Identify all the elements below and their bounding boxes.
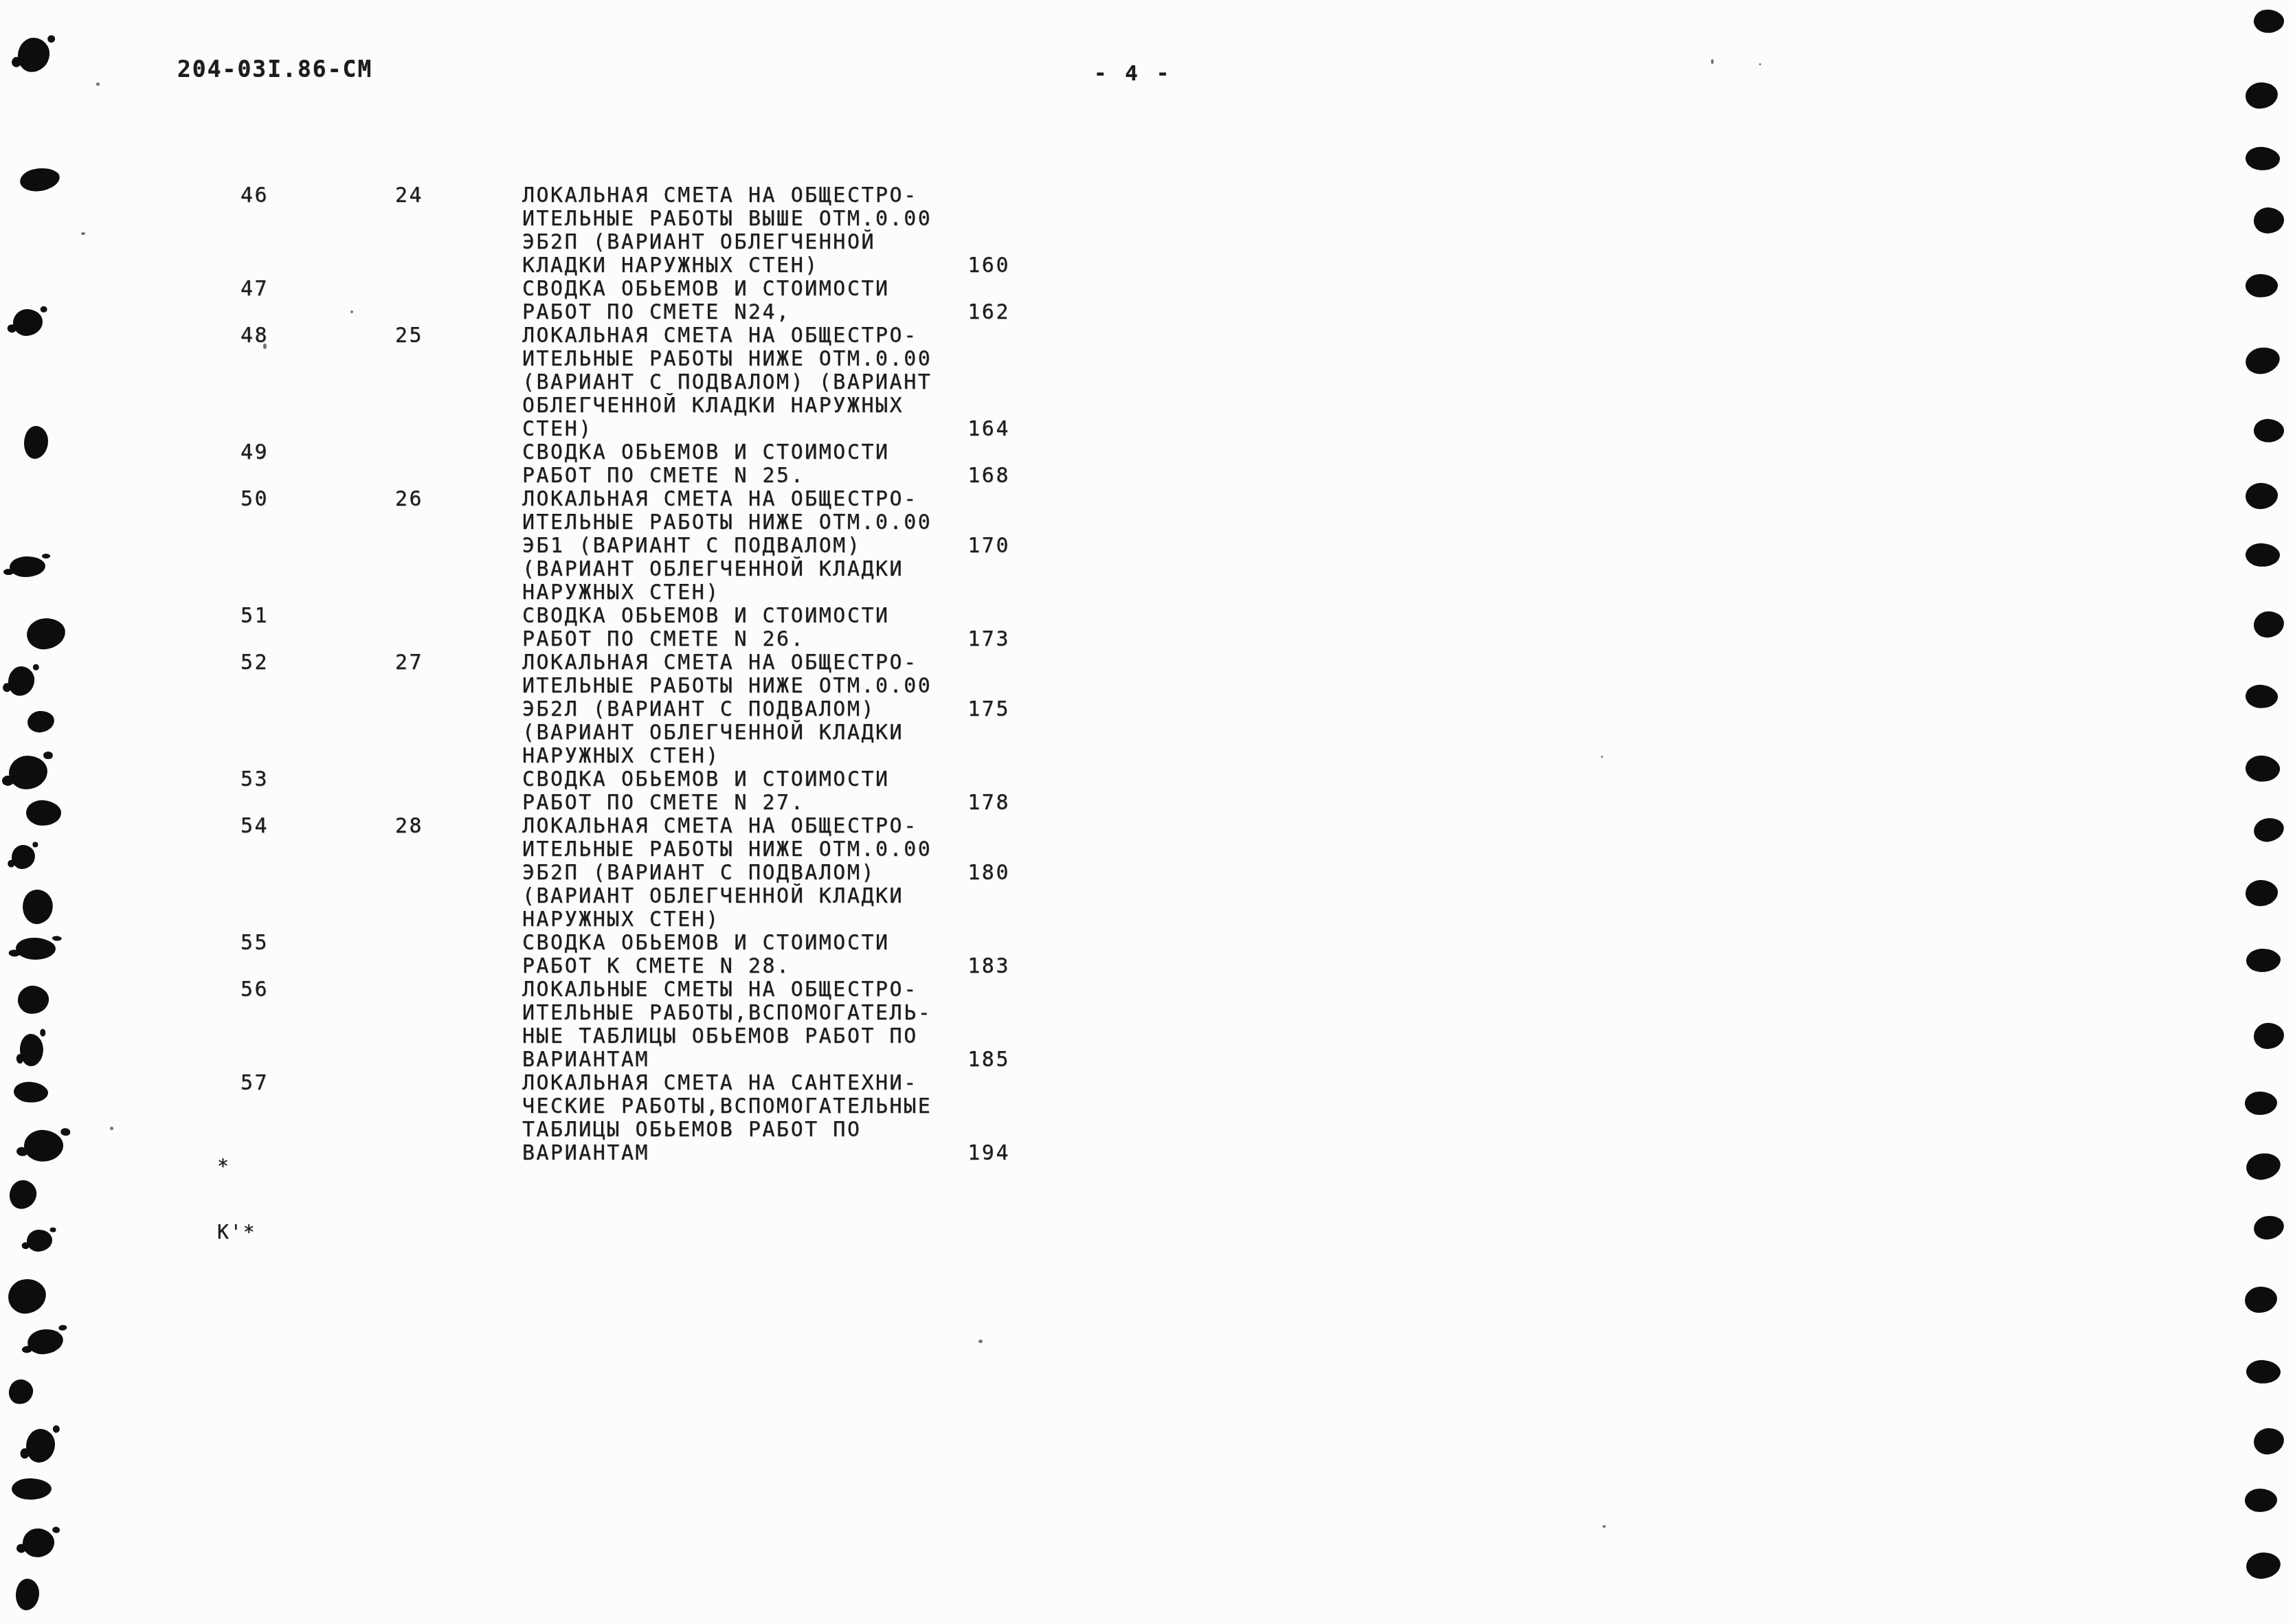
entry-lines: СВОДКА ОБЬЕМОВ И СТОИМОСТИРАБОТ ПО СМЕТЕ… xyxy=(522,768,1010,815)
entry-line: ВАРИАНТАМ185 xyxy=(522,1048,1010,1072)
entry-line: СВОДКА ОБЬЕМОВ И СТОИМОСТИ xyxy=(522,605,1010,628)
punch-hole-ink-blob xyxy=(11,1478,52,1500)
entry-text: РАБОТ К СМЕТЕ N 28. xyxy=(522,955,791,978)
punch-hole-ink-blob xyxy=(12,308,43,336)
punch-hole-ink-blob xyxy=(2246,1551,2282,1579)
entry-line: СВОДКА ОБЬЕМОВ И СТОИМОСТИ xyxy=(522,441,1010,464)
entry-line: РАБОТ ПО СМЕТЕ N24,162 xyxy=(522,301,1010,324)
entry-number: 57 xyxy=(240,1072,395,1095)
punch-hole-ink-blob xyxy=(2253,207,2285,235)
punch-hole-ink-blob xyxy=(2245,879,2278,907)
entry-line: ЛОКАЛЬНЫЕ СМЕТЫ НА ОБЩЕСТРО- xyxy=(522,978,1010,1002)
scan-speck xyxy=(81,232,85,235)
entry-lines: ЛОКАЛЬНАЯ СМЕТА НА ОБЩЕСТРО-ИТЕЛЬНЫЕ РАБ… xyxy=(522,324,1010,441)
punch-hole-ink-blob xyxy=(2244,1286,2277,1313)
scan-speck xyxy=(1711,59,1714,64)
punch-hole-ink-blob xyxy=(16,984,50,1016)
punch-hole-ink-blob xyxy=(2245,482,2278,510)
punch-hole-ink-blob xyxy=(16,36,51,74)
punch-hole-ink-blob xyxy=(2244,145,2281,172)
entry-text: ЧЕСКИЕ РАБОТЫ,ВСПОМОГАТЕЛЬНЫЕ xyxy=(522,1095,932,1118)
entry-lines: СВОДКА ОБЬЕМОВ И СТОИМОСТИРАБОТ ПО СМЕТЕ… xyxy=(522,278,1010,324)
toc-row: 49СВОДКА ОБЬЕМОВ И СТОИМОСТИРАБОТ ПО СМЕ… xyxy=(240,441,1010,488)
toc-row: 4624ЛОКАЛЬНАЯ СМЕТА НА ОБЩЕСТРО-ИТЕЛЬНЫЕ… xyxy=(240,184,1010,278)
entry-line: НАРУЖНЫХ СТЕН) xyxy=(522,581,1010,605)
entry-text: НАРУЖНЫХ СТЕН) xyxy=(522,745,720,768)
entry-line: РАБОТ ПО СМЕТЕ N 26.173 xyxy=(522,628,1010,651)
page-ref: 162 xyxy=(967,301,1010,324)
footer-mark-asterisk: * xyxy=(217,1155,269,1177)
entry-text: РАБОТ ПО СМЕТЕ N 25. xyxy=(522,464,805,488)
entry-text: ИТЕЛЬНЫЕ РАБОТЫ НИЖЕ ОТМ.0.00 xyxy=(522,348,932,371)
page-ref: 185 xyxy=(967,1048,1010,1072)
entry-text: СВОДКА ОБЬЕМОВ И СТОИМОСТИ xyxy=(522,605,890,628)
entry-line: ЭБ1 (ВАРИАНТ С ПОДВАЛОМ)170 xyxy=(522,534,1010,558)
entry-line: СВОДКА ОБЬЕМОВ И СТОИМОСТИ xyxy=(522,768,1010,791)
page-ref: 194 xyxy=(967,1142,1010,1165)
toc-table: 4624ЛОКАЛЬНАЯ СМЕТА НА ОБЩЕСТРО-ИТЕЛЬНЫЕ… xyxy=(240,137,1010,1212)
punch-hole-ink-blob xyxy=(23,1128,65,1164)
punch-hole-ink-blob xyxy=(2253,8,2285,34)
scan-speck xyxy=(1602,1525,1606,1528)
punch-hole-ink-blob xyxy=(2253,1428,2285,1456)
entry-line: ВАРИАНТАМ194 xyxy=(522,1142,1010,1165)
entry-text: СВОДКА ОБЬЕМОВ И СТОИМОСТИ xyxy=(522,278,890,301)
page-ref: 175 xyxy=(967,698,1010,721)
toc-row: 55СВОДКА ОБЬЕМОВ И СТОИМОСТИРАБОТ К СМЕТ… xyxy=(240,932,1010,978)
entry-line: ИТЕЛЬНЫЕ РАБОТЫ ВЫШЕ ОТМ.0.00 xyxy=(522,207,1010,231)
entry-line: (ВАРИАНТ С ПОДВАЛОМ) (ВАРИАНТ xyxy=(522,371,1010,394)
toc-rows: 4624ЛОКАЛЬНАЯ СМЕТА НА ОБЩЕСТРО-ИТЕЛЬНЫЕ… xyxy=(240,184,1010,1165)
punch-hole-ink-blob xyxy=(8,1378,34,1406)
entry-lines: ЛОКАЛЬНАЯ СМЕТА НА ОБЩЕСТРО-ИТЕЛЬНЫЕ РАБ… xyxy=(522,184,1010,278)
entry-number: 53 xyxy=(240,768,395,791)
punch-hole-ink-blob xyxy=(19,166,60,193)
entry-text: ЛОКАЛЬНАЯ СМЕТА НА ОБЩЕСТРО- xyxy=(522,324,918,348)
punch-hole-ink-blob xyxy=(2253,611,2285,638)
punch-hole-ink-blob xyxy=(2252,418,2285,444)
page-ref: 160 xyxy=(967,254,1010,278)
punch-hole-ink-blob xyxy=(10,556,45,577)
smeta-number: 28 xyxy=(395,815,522,838)
entry-line: (ВАРИАНТ ОБЛЕГЧЕННОЙ КЛАДКИ xyxy=(522,721,1010,745)
entry-line: НАРУЖНЫХ СТЕН) xyxy=(522,908,1010,932)
punch-hole-ink-blob xyxy=(21,1527,56,1559)
punch-hole-ink-blob xyxy=(11,844,35,869)
punch-hole-ink-blob xyxy=(2252,816,2285,844)
entry-text: СВОДКА ОБЬЕМОВ И СТОИМОСТИ xyxy=(522,932,890,955)
scan-speck xyxy=(978,1340,983,1343)
entry-line: РАБОТ К СМЕТЕ N 28.183 xyxy=(522,955,1010,978)
entry-line: КЛАДКИ НАРУЖНЫХ СТЕН)160 xyxy=(522,254,1010,278)
entry-text: ЭБ2П (ВАРИАНТ С ПОДВАЛОМ) xyxy=(522,861,875,885)
page-ref: 168 xyxy=(967,464,1010,488)
punch-hole-ink-blob xyxy=(2244,754,2282,785)
entry-text: (ВАРИАНТ ОБЛЕГЧЕННОЙ КЛАДКИ xyxy=(522,558,904,581)
entry-number: 50 xyxy=(240,488,395,511)
entry-number: 49 xyxy=(240,441,395,464)
entry-text: СТЕН) xyxy=(522,418,593,441)
scan-speck xyxy=(1759,63,1761,65)
smeta-number: 27 xyxy=(395,651,522,675)
entry-text: РАБОТ ПО СМЕТЕ N 26. xyxy=(522,628,805,651)
document-number: 204-03I.86-СМ xyxy=(177,58,372,81)
punch-hole-ink-blob xyxy=(25,799,62,827)
entry-text: НАРУЖНЫХ СТЕН) xyxy=(522,908,720,932)
punch-hole-ink-blob xyxy=(16,1579,40,1611)
punch-hole-ink-blob xyxy=(2244,1091,2278,1116)
entry-line: СТЕН)164 xyxy=(522,418,1010,441)
entry-number: 51 xyxy=(240,605,395,628)
entry-text: ИТЕЛЬНЫЕ РАБОТЫ,ВСПОМОГАТЕЛЬ- xyxy=(522,1002,932,1025)
scan-speck xyxy=(350,311,353,313)
entry-line: НАРУЖНЫХ СТЕН) xyxy=(522,745,1010,768)
entry-text: ЭБ2П (ВАРИАНТ ОБЛЕГЧЕННОЙ xyxy=(522,231,875,254)
entry-number: 52 xyxy=(240,651,395,675)
entry-text: ЛОКАЛЬНАЯ СМЕТА НА ОБЩЕСТРО- xyxy=(522,488,918,511)
entry-text: КЛАДКИ НАРУЖНЫХ СТЕН) xyxy=(522,254,819,278)
entry-lines: СВОДКА ОБЬЕМОВ И СТОИМОСТИРАБОТ К СМЕТЕ … xyxy=(522,932,1010,978)
scanned-document-page: 204-03I.86-СМ - 4 - 4624ЛОКАЛЬНАЯ СМЕТА … xyxy=(0,0,2295,1624)
entry-text: ЛОКАЛЬНЫЕ СМЕТЫ НА ОБЩЕСТРО- xyxy=(522,978,918,1002)
entry-text: ЛОКАЛЬНАЯ СМЕТА НА ОБЩЕСТРО- xyxy=(522,815,918,838)
entry-line: ЧЕСКИЕ РАБОТЫ,ВСПОМОГАТЕЛЬНЫЕ xyxy=(522,1095,1010,1118)
entry-line: ИТЕЛЬНЫЕ РАБОТЫ НИЖЕ ОТМ.0.00 xyxy=(522,511,1010,534)
entry-lines: СВОДКА ОБЬЕМОВ И СТОИМОСТИРАБОТ ПО СМЕТЕ… xyxy=(522,605,1010,651)
toc-row: 56ЛОКАЛЬНЫЕ СМЕТЫ НА ОБЩЕСТРО-ИТЕЛЬНЫЕ Р… xyxy=(240,978,1010,1072)
entry-line: НЫЕ ТАБЛИЦЫ ОБЬЕМОВ РАБОТ ПО xyxy=(522,1025,1010,1048)
toc-row: 4825ЛОКАЛЬНАЯ СМЕТА НА ОБЩЕСТРО-ИТЕЛЬНЫЕ… xyxy=(240,324,1010,441)
entry-lines: ЛОКАЛЬНАЯ СМЕТА НА ОБЩЕСТРО-ИТЕЛЬНЫЕ РАБ… xyxy=(522,651,1010,768)
entry-number: 54 xyxy=(240,815,395,838)
entry-text: ЭБ2Л (ВАРИАНТ С ПОДВАЛОМ) xyxy=(522,698,875,721)
entry-line: ЛОКАЛЬНАЯ СМЕТА НА ОБЩЕСТРО- xyxy=(522,184,1010,207)
entry-text: ОБЛЕГЧЕННОЙ КЛАДКИ НАРУЖНЫХ xyxy=(522,394,904,418)
page-ref: 183 xyxy=(967,955,1010,978)
toc-row: 53СВОДКА ОБЬЕМОВ И СТОИМОСТИРАБОТ ПО СМЕ… xyxy=(240,768,1010,815)
punch-hole-ink-blob xyxy=(27,1328,65,1355)
punch-hole-ink-blob xyxy=(2245,273,2279,298)
toc-row: 57ЛОКАЛЬНАЯ СМЕТА НА САНТЕХНИ-ЧЕСКИЕ РАБ… xyxy=(240,1072,1010,1165)
entry-text: ИТЕЛЬНЫЕ РАБОТЫ ВЫШЕ ОТМ.0.00 xyxy=(522,207,932,231)
punch-hole-ink-blob xyxy=(15,937,56,961)
entry-line: ЛОКАЛЬНАЯ СМЕТА НА ОБЩЕСТРО- xyxy=(522,651,1010,675)
entry-text: ЛОКАЛЬНАЯ СМЕТА НА САНТЕХНИ- xyxy=(522,1072,918,1095)
entry-number: 56 xyxy=(240,978,395,1002)
entry-text: СВОДКА ОБЬЕМОВ И СТОИМОСТИ xyxy=(522,441,890,464)
entry-line: СВОДКА ОБЬЕМОВ И СТОИМОСТИ xyxy=(522,278,1010,301)
entry-text: РАБОТ ПО СМЕТЕ N24, xyxy=(522,301,791,324)
entry-line: ИТЕЛЬНЫЕ РАБОТЫ,ВСПОМОГАТЕЛЬ- xyxy=(522,1002,1010,1025)
toc-row: 5428ЛОКАЛЬНАЯ СМЕТА НА ОБЩЕСТРО-ИТЕЛЬНЫЕ… xyxy=(240,815,1010,932)
smeta-number: 26 xyxy=(395,488,522,511)
entry-line: ЭБ2П (ВАРИАНТ ОБЛЕГЧЕННОЙ xyxy=(522,231,1010,254)
entry-line: ОБЛЕГЧЕННОЙ КЛАДКИ НАРУЖНЫХ xyxy=(522,394,1010,418)
punch-hole-ink-blob xyxy=(2244,683,2279,710)
entry-text: ЛОКАЛЬНАЯ СМЕТА НА ОБЩЕСТРО- xyxy=(522,184,918,207)
entry-line: (ВАРИАНТ ОБЛЕГЧЕННОЙ КЛАДКИ xyxy=(522,558,1010,581)
entry-line: ЭБ2П (ВАРИАНТ С ПОДВАЛОМ)180 xyxy=(522,861,1010,885)
footer-mark-k: К'* xyxy=(217,1221,269,1243)
entry-line: ЛОКАЛЬНАЯ СМЕТА НА ОБЩЕСТРО- xyxy=(522,488,1010,511)
entry-text: ИТЕЛЬНЫЕ РАБОТЫ НИЖЕ ОТМ.0.00 xyxy=(522,838,932,861)
page-number: - 4 - xyxy=(1094,62,1172,85)
entry-number: 46 xyxy=(240,184,395,207)
punch-hole-ink-blob xyxy=(2244,346,2282,376)
entry-text: (ВАРИАНТ С ПОДВАЛОМ) (ВАРИАНТ xyxy=(522,371,932,394)
entry-line: РАБОТ ПО СМЕТЕ N 25.168 xyxy=(522,464,1010,488)
entry-lines: ЛОКАЛЬНАЯ СМЕТА НА ОБЩЕСТРО-ИТЕЛЬНЫЕ РАБ… xyxy=(522,815,1010,932)
entry-lines: СВОДКА ОБЬЕМОВ И СТОИМОСТИРАБОТ ПО СМЕТЕ… xyxy=(522,441,1010,488)
punch-hole-ink-blob xyxy=(24,426,49,460)
entry-text: СВОДКА ОБЬЕМОВ И СТОИМОСТИ xyxy=(522,768,890,791)
scan-speck xyxy=(1601,756,1603,758)
entry-number: 47 xyxy=(240,278,395,301)
punch-hole-ink-blob xyxy=(27,710,55,734)
punch-hole-ink-blob xyxy=(2245,1151,2282,1182)
punch-hole-ink-blob xyxy=(7,665,36,697)
entry-line: ТАБЛИЦЫ ОБЬЕМОВ РАБОТ ПО xyxy=(522,1118,1010,1142)
entry-line: ИТЕЛЬНЫЕ РАБОТЫ НИЖЕ ОТМ.0.00 xyxy=(522,348,1010,371)
entry-line: ЛОКАЛЬНАЯ СМЕТА НА ОБЩЕСТРО- xyxy=(522,324,1010,348)
page-ref: 170 xyxy=(967,534,1010,558)
entry-line: ЛОКАЛЬНАЯ СМЕТА НА ОБЩЕСТРО- xyxy=(522,815,1010,838)
entry-line: ИТЕЛЬНЫЕ РАБОТЫ НИЖЕ ОТМ.0.00 xyxy=(522,675,1010,698)
punch-hole-ink-blob xyxy=(2252,1214,2285,1241)
entry-text: НАРУЖНЫХ СТЕН) xyxy=(522,581,720,605)
entry-line: ЭБ2Л (ВАРИАНТ С ПОДВАЛОМ)175 xyxy=(522,698,1010,721)
page-ref: 173 xyxy=(967,628,1010,651)
toc-row: 5227ЛОКАЛЬНАЯ СМЕТА НА ОБЩЕСТРО-ИТЕЛЬНЫЕ… xyxy=(240,651,1010,768)
punch-hole-ink-blob xyxy=(19,1033,44,1067)
entry-line: ИТЕЛЬНЫЕ РАБОТЫ НИЖЕ ОТМ.0.00 xyxy=(522,838,1010,861)
scan-speck xyxy=(263,343,267,349)
entry-text: ВАРИАНТАМ xyxy=(522,1142,649,1165)
entry-lines: ЛОКАЛЬНАЯ СМЕТА НА САНТЕХНИ-ЧЕСКИЕ РАБОТ… xyxy=(522,1072,1010,1165)
entry-line: РАБОТ ПО СМЕТЕ N 27.178 xyxy=(522,791,1010,815)
entry-lines: ЛОКАЛЬНАЯ СМЕТА НА ОБЩЕСТРО-ИТЕЛЬНЫЕ РАБ… xyxy=(522,488,1010,605)
entry-number: 55 xyxy=(240,932,395,955)
entry-text: (ВАРИАНТ ОБЛЕГЧЕННОЙ КЛАДКИ xyxy=(522,721,904,745)
punch-hole-ink-blob xyxy=(2254,1023,2285,1050)
punch-hole-ink-blob xyxy=(21,888,55,925)
punch-hole-ink-blob xyxy=(9,756,47,789)
scan-speck xyxy=(110,1127,113,1130)
entry-text: ЭБ1 (ВАРИАНТ С ПОДВАЛОМ) xyxy=(522,534,861,558)
entry-text: ТАБЛИЦЫ ОБЬЕМОВ РАБОТ ПО xyxy=(522,1118,861,1142)
smeta-number: 24 xyxy=(395,184,522,207)
entry-text: ВАРИАНТАМ xyxy=(522,1048,649,1072)
toc-row: 5026ЛОКАЛЬНАЯ СМЕТА НА ОБЩЕСТРО-ИТЕЛЬНЫЕ… xyxy=(240,488,1010,605)
page-ref: 178 xyxy=(967,791,1010,815)
page-ref: 164 xyxy=(967,418,1010,441)
punch-hole-ink-blob xyxy=(2246,1359,2282,1385)
toc-row: 51СВОДКА ОБЬЕМОВ И СТОИМОСТИРАБОТ ПО СМЕ… xyxy=(240,605,1010,651)
punch-hole-ink-blob xyxy=(25,617,66,651)
entry-text: РАБОТ ПО СМЕТЕ N 27. xyxy=(522,791,805,815)
smeta-number: 25 xyxy=(395,324,522,348)
entry-lines: ЛОКАЛЬНЫЕ СМЕТЫ НА ОБЩЕСТРО-ИТЕЛЬНЫЕ РАБ… xyxy=(522,978,1010,1072)
entry-text: (ВАРИАНТ ОБЛЕГЧЕННОЙ КЛАДКИ xyxy=(522,885,904,908)
punch-hole-ink-blob xyxy=(2245,82,2279,109)
entry-line: (ВАРИАНТ ОБЛЕГЧЕННОЙ КЛАДКИ xyxy=(522,885,1010,908)
toc-row: 47СВОДКА ОБЬЕМОВ И СТОИМОСТИРАБОТ ПО СМЕ… xyxy=(240,278,1010,324)
page-ref: 180 xyxy=(967,861,1010,885)
entry-line: ЛОКАЛЬНАЯ СМЕТА НА САНТЕХНИ- xyxy=(522,1072,1010,1095)
entry-text: ИТЕЛЬНЫЕ РАБОТЫ НИЖЕ ОТМ.0.00 xyxy=(522,511,932,534)
punch-hole-ink-blob xyxy=(13,1080,49,1104)
entry-text: ИТЕЛЬНЫЕ РАБОТЫ НИЖЕ ОТМ.0.00 xyxy=(522,675,932,698)
scan-speck xyxy=(96,82,100,86)
entry-line: СВОДКА ОБЬЕМОВ И СТОИМОСТИ xyxy=(522,932,1010,955)
punch-hole-ink-blob xyxy=(25,1428,56,1463)
punch-hole-ink-blob xyxy=(2245,542,2281,568)
punch-hole-ink-blob xyxy=(8,1179,38,1210)
punch-hole-ink-blob xyxy=(26,1229,52,1252)
footer-marks: * К'* xyxy=(217,1112,269,1287)
punch-hole-ink-blob xyxy=(2244,1488,2278,1513)
punch-hole-ink-blob xyxy=(2246,949,2281,973)
entry-text: НЫЕ ТАБЛИЦЫ ОБЬЕМОВ РАБОТ ПО xyxy=(522,1025,918,1048)
punch-hole-ink-blob xyxy=(7,1278,47,1315)
entry-text: ЛОКАЛЬНАЯ СМЕТА НА ОБЩЕСТРО- xyxy=(522,651,918,675)
